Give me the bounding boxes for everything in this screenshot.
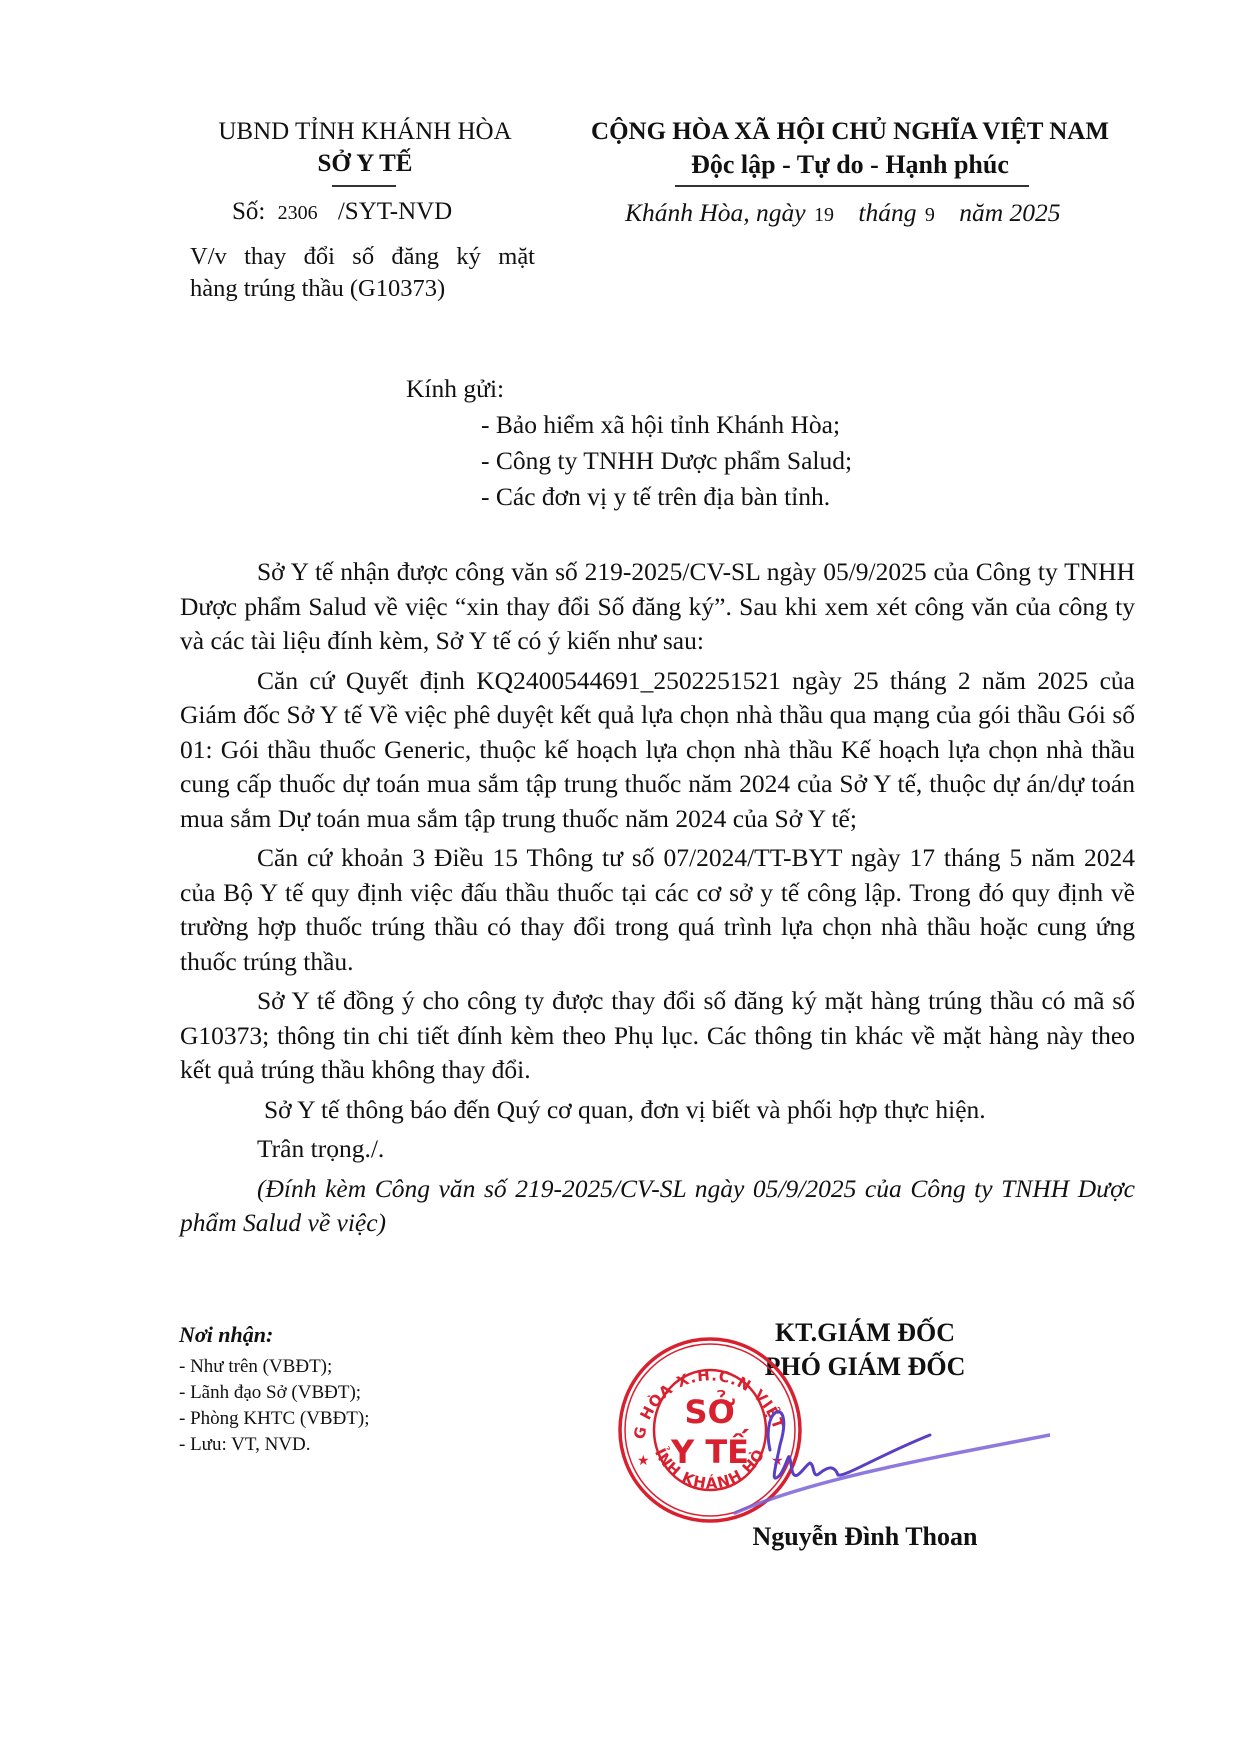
- distribution-item: - Phòng KHTC (VBĐT);: [179, 1408, 370, 1430]
- agency-parent: UBND TỈNH KHÁNH HÒA: [200, 118, 530, 146]
- recipient-item: - Bảo hiểm xã hội tỉnh Khánh Hòa;: [481, 410, 840, 440]
- body-paragraph: Căn cứ Quyết định KQ2400544691_250225152…: [180, 664, 1135, 837]
- recipient-item: - Công ty TNHH Dược phẩm Salud;: [481, 446, 852, 476]
- number-suffix: /SYT-NVD: [338, 198, 452, 225]
- year-label: năm 2025: [959, 198, 1060, 227]
- motto-underline: [675, 185, 1029, 187]
- subject-line-1: V/v thay đổi số đăng ký mặt: [190, 243, 535, 271]
- agency-underline: [332, 185, 396, 187]
- body-paragraph: Sở Y tế đồng ý cho công ty được thay đổi…: [180, 984, 1135, 1088]
- recipients-label: Kính gửi:: [406, 374, 504, 404]
- number-value: 2306: [278, 202, 318, 224]
- closing-phrase: Trân trọng./.: [180, 1132, 1135, 1167]
- body-paragraph: Sở Y tế nhận được công văn số 219-2025/C…: [180, 555, 1135, 659]
- date-day: 19: [814, 204, 834, 226]
- body-paragraph: Căn cứ khoản 3 Điều 15 Thông tư số 07/20…: [180, 841, 1135, 979]
- handwritten-signature-icon: [720, 1385, 1050, 1525]
- recipient-item: - Các đơn vị y tế trên địa bàn tỉnh.: [481, 482, 830, 512]
- body-paragraph: Sở Y tế thông báo đến Quý cơ quan, đơn v…: [180, 1093, 1135, 1128]
- distribution-item: - Như trên (VBĐT);: [179, 1356, 332, 1378]
- place-date: Khánh Hòa, ngày 19 tháng 9 năm 2025: [625, 198, 1061, 228]
- month-label: tháng: [858, 198, 916, 227]
- number-prefix: Số:: [232, 198, 265, 225]
- place-date-prefix: Khánh Hòa, ngày: [625, 198, 806, 227]
- document-number: Số: 2306 /SYT-NVD: [232, 198, 452, 226]
- national-motto: Độc lập - Tự do - Hạnh phúc: [560, 150, 1140, 180]
- signer-name: Nguyễn Đình Thoan: [700, 1522, 1030, 1552]
- subject-line-2: hàng trúng thầu (G10373): [190, 275, 445, 303]
- distribution-label: Nơi nhận:: [179, 1322, 273, 1348]
- date-month: 9: [925, 204, 935, 226]
- agency-name: SỞ Y TẾ: [200, 150, 530, 178]
- letter-body: Sở Y tế nhận được công văn số 219-2025/C…: [180, 555, 1135, 1246]
- distribution-item: - Lãnh đạo Sở (VBĐT);: [179, 1382, 361, 1404]
- attachment-note: (Đính kèm Công văn số 219-2025/CV-SL ngà…: [180, 1172, 1135, 1241]
- national-title: CỘNG HÒA XÃ HỘI CHỦ NGHĨA VIỆT NAM: [560, 118, 1140, 146]
- svg-text:★: ★: [637, 1453, 650, 1469]
- distribution-item: - Lưu: VT, NVD.: [179, 1434, 311, 1456]
